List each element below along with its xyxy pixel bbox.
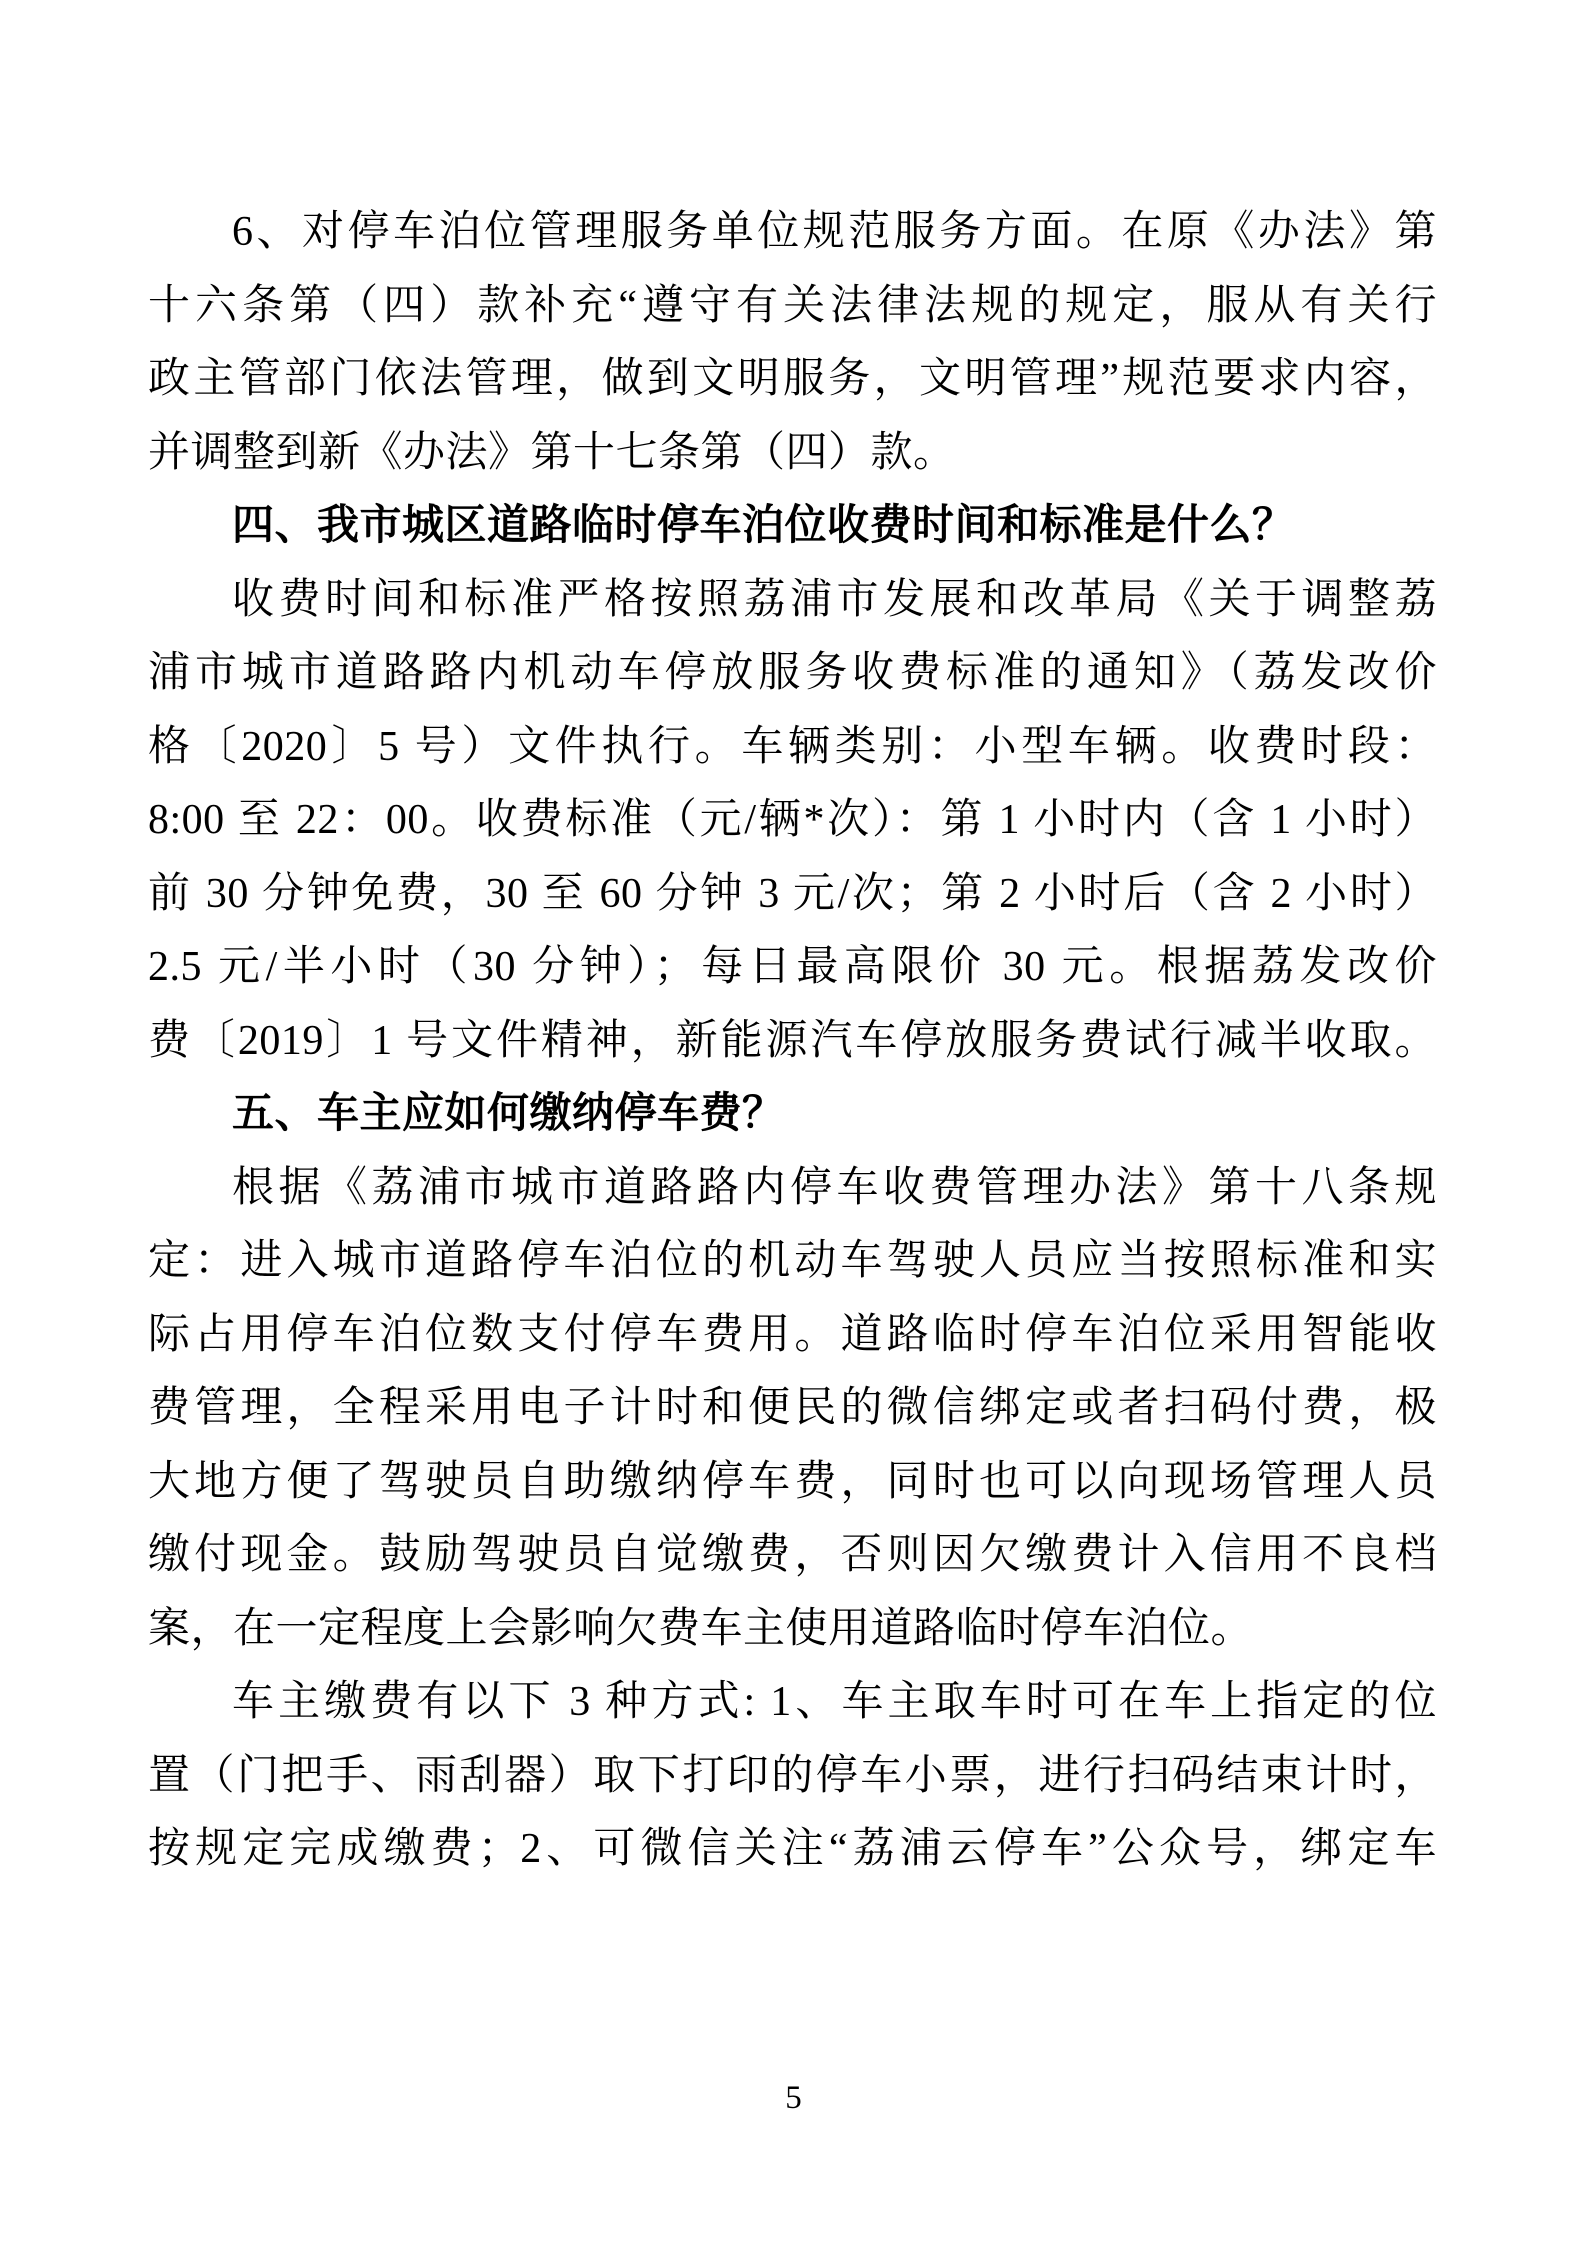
text-line: 格〔2020〕5 号）文件执行。车辆类别：小型车辆。收费时段： [148, 711, 1437, 785]
text-line: 并调整到新《办法》第十七条第（四）款。 [148, 417, 1437, 491]
text-line: 际占用停车泊位数支付停车费用。道路临时停车泊位采用智能收 [148, 1299, 1437, 1373]
text-line: 费〔2019〕1 号文件精神，新能源汽车停放服务费试行减半收取。 [148, 1005, 1437, 1079]
text-line: 按规定完成缴费；2、可微信关注“荔浦云停车”公众号，绑定车 [148, 1813, 1437, 1887]
page-footer: 5 [0, 2078, 1587, 2118]
text-line: 车主缴费有以下 3 种方式: 1、车主取车时可在车上指定的位 [148, 1666, 1437, 1740]
text-line: 前 30 分钟免费，30 至 60 分钟 3 元/次；第 2 小时后（含 2 小… [148, 858, 1437, 932]
text-line: 定：进入城市道路停车泊位的机动车驾驶人员应当按照标准和实 [148, 1225, 1437, 1299]
text-line: 案，在一定程度上会影响欠费车主使用道路临时停车泊位。 [148, 1593, 1437, 1667]
section-heading: 四、我市城区道路临时停车泊位收费时间和标准是什么？ [148, 490, 1437, 564]
page-number: 5 [785, 2080, 802, 2116]
body-text: 6、对停车泊位管理服务单位规范服务方面。在原《办法》第十六条第（四）款补充“遵守… [148, 196, 1437, 1887]
text-line: 费管理，全程采用电子计时和便民的微信绑定或者扫码付费，极 [148, 1372, 1437, 1446]
text-line: 缴付现金。鼓励驾驶员自觉缴费，否则因欠缴费计入信用不良档 [148, 1519, 1437, 1593]
text-line: 置（门把手、雨刮器）取下打印的停车小票，进行扫码结束计时， [148, 1740, 1437, 1814]
text-line: 8:00 至 22：00。收费标准（元/辆*次）：第 1 小时内（含 1 小时） [148, 784, 1437, 858]
text-line: 十六条第（四）款补充“遵守有关法律法规的规定，服从有关行 [148, 270, 1437, 344]
text-line: 浦市城市道路路内机动车停放服务收费标准的通知》（荔发改价 [148, 637, 1437, 711]
text-line: 6、对停车泊位管理服务单位规范服务方面。在原《办法》第 [148, 196, 1437, 270]
text-line: 2.5 元/半小时（30 分钟）；每日最高限价 30 元。根据荔发改价 [148, 931, 1437, 1005]
text-line: 政主管部门依法管理，做到文明服务，文明管理”规范要求内容， [148, 343, 1437, 417]
document-page: 6、对停车泊位管理服务单位规范服务方面。在原《办法》第十六条第（四）款补充“遵守… [0, 0, 1587, 2245]
text-line: 收费时间和标准严格按照荔浦市发展和改革局《关于调整荔 [148, 564, 1437, 638]
text-line: 大地方便了驾驶员自助缴纳停车费，同时也可以向现场管理人员 [148, 1446, 1437, 1520]
section-heading: 五、车主应如何缴纳停车费？ [148, 1078, 1437, 1152]
text-line: 根据《荔浦市城市道路路内停车收费管理办法》第十八条规 [148, 1152, 1437, 1226]
